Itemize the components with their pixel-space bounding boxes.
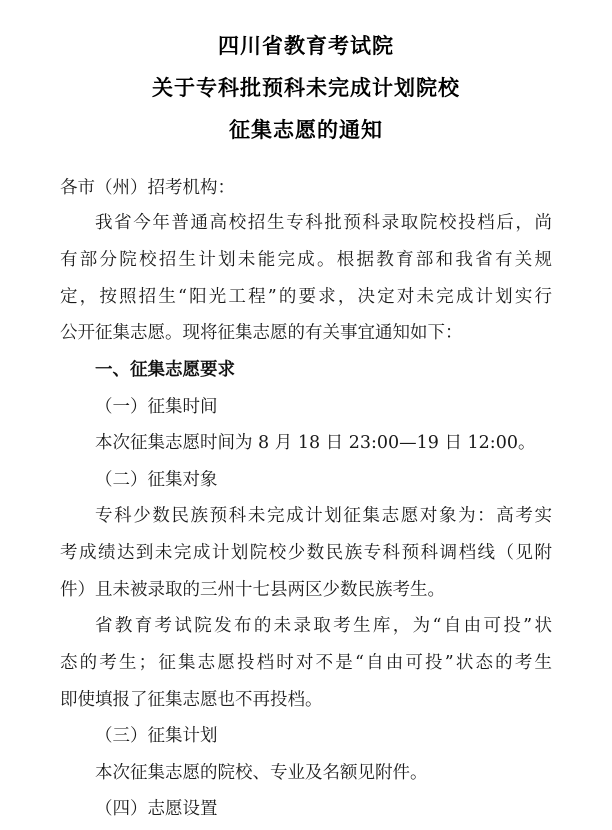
document-title-line-2: 关于专科批预科未完成计划院校 [0,72,612,102]
subsection-heading-time: （一）征集时间 [95,397,552,417]
subsection-heading-settings: （四）志愿设置 [95,799,552,819]
subsection-heading-target: （二）征集对象 [95,470,552,490]
target-para1-line-2: 考成绩达到未完成计划院校少数民族专科预科调档线（见附 [60,543,552,563]
target-para1-line-1: 专科少数民族预科未完成计划征集志愿对象为：高考实 [95,506,552,526]
intro-line-3: 定，按照招生“阳光工程”的要求，决定对未完成计划实行 [60,287,552,307]
subsection-body-time: 本次征集志愿时间为 8 月 18 日 23:00—19 日 12:00。 [95,433,552,453]
section-heading-requirements: 一、征集志愿要求 [95,360,552,380]
subsection-body-plan: 本次征集志愿的院校、专业及名额见附件。 [95,763,552,783]
subsection-heading-plan: （三）征集计划 [95,726,552,746]
intro-line-1: 我省今年普通高校招生专科批预科录取院校投档后，尚 [95,213,552,233]
target-para2-line-3: 即使填报了征集志愿也不再投档。 [60,690,552,710]
target-para1-line-3: 件）且未被录取的三州十七县两区少数民族考生。 [60,580,552,600]
target-para2-line-2: 态的考生；征集志愿投档时对不是“自由可投”状态的考生 [60,653,552,673]
document-title-line-3: 征集志愿的通知 [0,114,612,144]
intro-line-4: 公开征集志愿。现将征集志愿的有关事宜通知如下： [60,323,552,343]
salutation: 各市（州）招考机构： [60,178,552,198]
target-para2-line-1: 省教育考试院发布的未录取考生库，为“自由可投”状 [95,616,552,636]
document-title-line-1: 四川省教育考试院 [0,30,612,60]
intro-line-2: 有部分院校招生计划未能完成。根据教育部和我省有关规 [60,250,552,270]
